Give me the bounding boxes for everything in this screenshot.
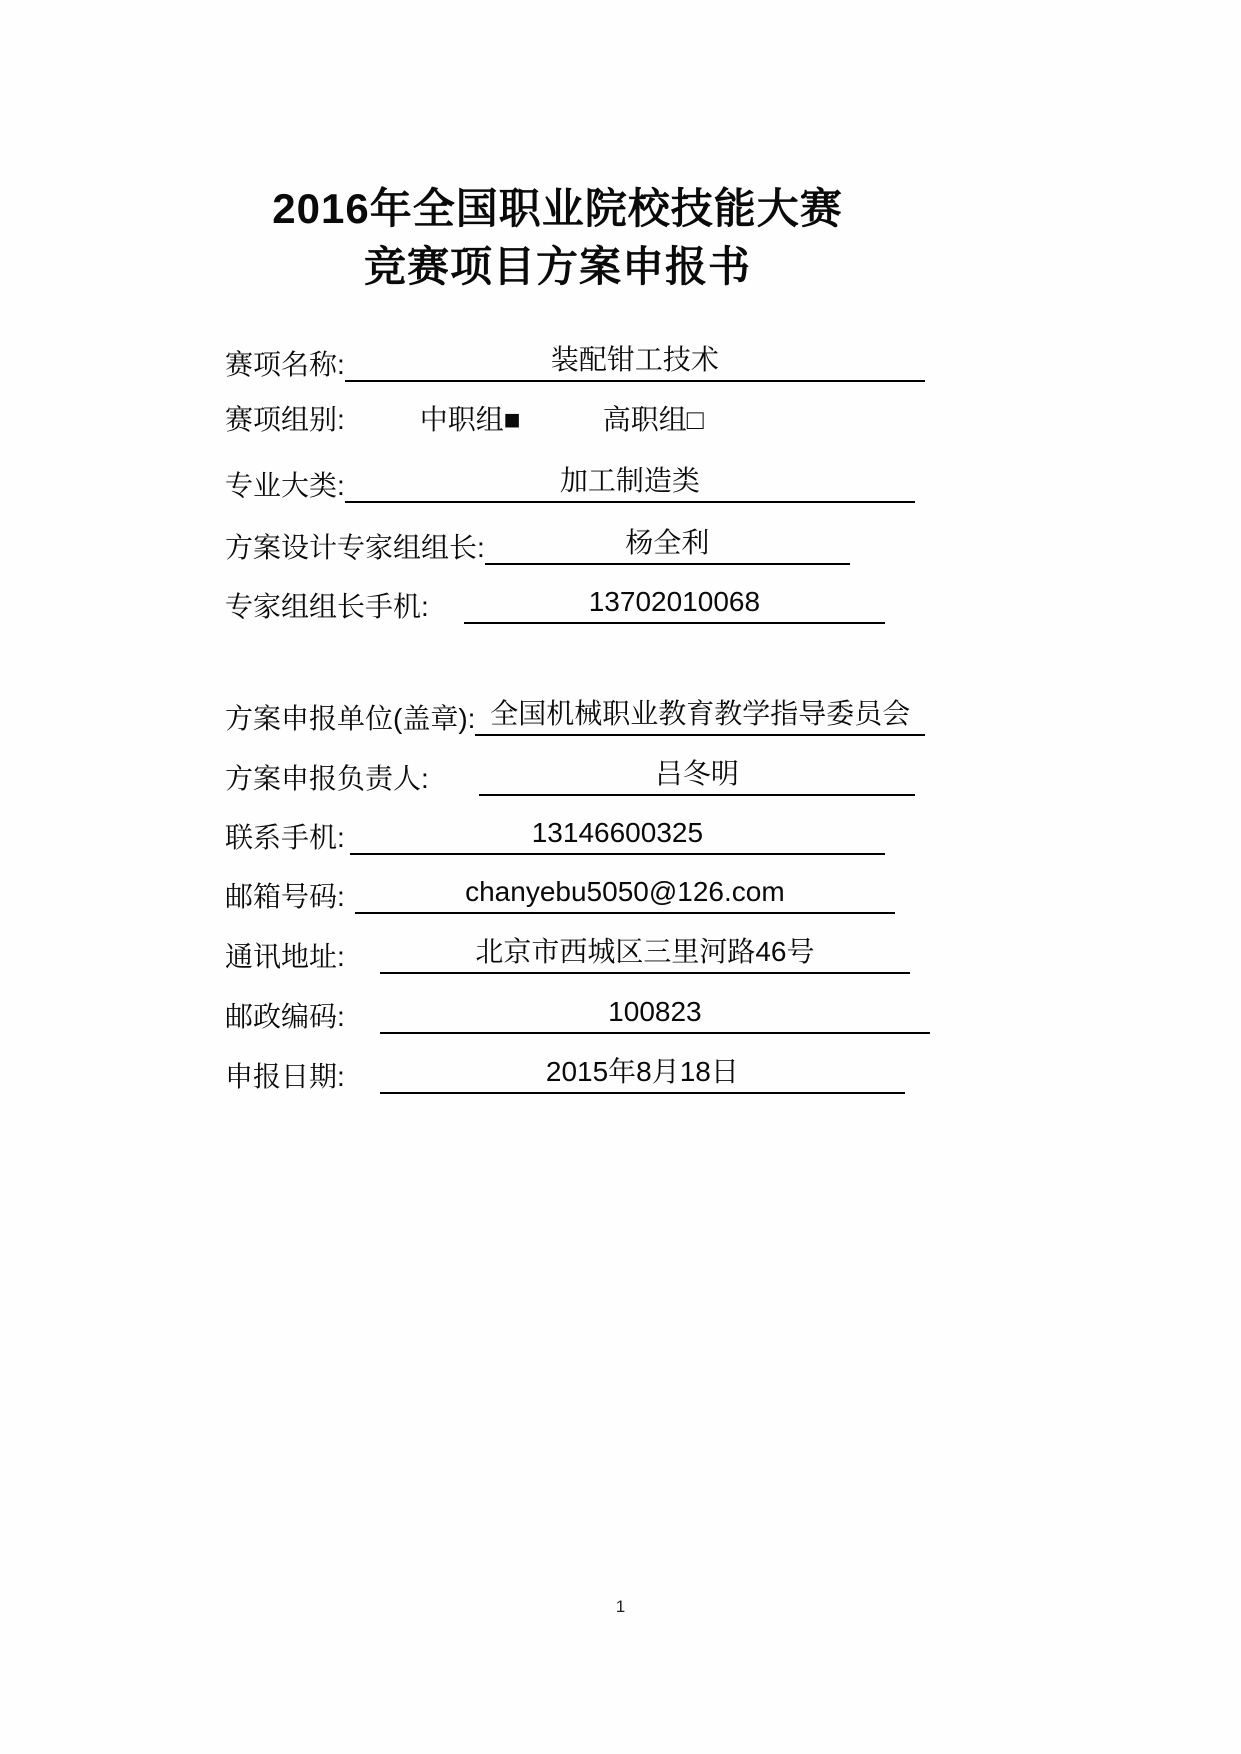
application-date-value: 2015年8月18日 bbox=[380, 1055, 905, 1094]
field-contact-mobile: 联系手机: 13146600325 bbox=[225, 816, 930, 855]
higher-vocational-group-label: 高职组 bbox=[603, 403, 687, 437]
page-number: 1 bbox=[0, 1597, 1241, 1617]
secondary-vocational-group-label: 中职组 bbox=[420, 403, 504, 437]
event-group-label: 赛项组别: bbox=[225, 403, 345, 437]
postal-code-label: 邮政编码: bbox=[225, 1000, 345, 1034]
address-value: 北京市西城区三里河路46号 bbox=[380, 935, 910, 974]
email-value: chanyebu5050@126.com bbox=[355, 875, 895, 914]
document-title-line1: 2016年全国职业院校技能大赛 bbox=[205, 180, 910, 238]
field-email: 邮箱号码: chanyebu5050@126.com bbox=[225, 875, 930, 914]
field-expert-leader-mobile: 专家组组长手机: 13702010068 bbox=[225, 585, 930, 624]
field-event-name: 赛项名称: 装配钳工技术 bbox=[225, 343, 930, 382]
applicant-unit-label: 方案申报单位(盖章): bbox=[225, 702, 475, 736]
design-expert-leader-label: 方案设计专家组组长: bbox=[225, 531, 485, 565]
document-title-line2: 竞赛项目方案申报书 bbox=[205, 238, 910, 296]
event-name-label: 赛项名称: bbox=[225, 348, 345, 382]
field-design-expert-leader: 方案设计专家组组长: 杨全利 bbox=[225, 526, 930, 565]
field-application-date: 申报日期: 2015年8月18日 bbox=[225, 1055, 930, 1094]
expert-leader-mobile-value: 13702010068 bbox=[464, 585, 885, 624]
email-label: 邮箱号码: bbox=[225, 880, 345, 914]
applicant-person-label: 方案申报负责人: bbox=[225, 762, 429, 796]
document-page: 2016年全国职业院校技能大赛 竞赛项目方案申报书 赛项名称: 装配钳工技术 赛… bbox=[0, 0, 1241, 1754]
checkbox-unchecked-icon: □ bbox=[687, 403, 704, 437]
application-date-label: 申报日期: bbox=[225, 1060, 345, 1094]
postal-code-value: 100823 bbox=[380, 995, 930, 1034]
field-event-group: 赛项组别: 中职组 ■ 高职组 □ bbox=[225, 403, 930, 437]
major-category-label: 专业大类: bbox=[225, 469, 345, 503]
checkbox-secondary-vocational-group[interactable]: 中职组 ■ bbox=[420, 403, 521, 437]
document-title: 2016年全国职业院校技能大赛 竞赛项目方案申报书 bbox=[205, 180, 910, 296]
applicant-person-value: 吕冬明 bbox=[479, 757, 915, 796]
field-major-category: 专业大类: 加工制造类 bbox=[225, 464, 930, 503]
applicant-unit-value: 全国机械职业教育教学指导委员会 bbox=[475, 697, 925, 736]
checkbox-higher-vocational-group[interactable]: 高职组 □ bbox=[603, 403, 704, 437]
design-expert-leader-value: 杨全利 bbox=[485, 526, 850, 565]
address-label: 通讯地址: bbox=[225, 940, 345, 974]
field-postal-code: 邮政编码: 100823 bbox=[225, 995, 930, 1034]
checkbox-checked-icon: ■ bbox=[504, 403, 521, 437]
event-name-value: 装配钳工技术 bbox=[345, 343, 925, 382]
contact-mobile-label: 联系手机: bbox=[225, 821, 345, 855]
expert-leader-mobile-label: 专家组组长手机: bbox=[225, 590, 429, 624]
major-category-value: 加工制造类 bbox=[345, 464, 915, 503]
contact-mobile-value: 13146600325 bbox=[350, 816, 885, 855]
field-applicant-unit: 方案申报单位(盖章): 全国机械职业教育教学指导委员会 bbox=[225, 697, 930, 736]
field-address: 通讯地址: 北京市西城区三里河路46号 bbox=[225, 935, 930, 974]
field-applicant-person: 方案申报负责人: 吕冬明 bbox=[225, 757, 930, 796]
